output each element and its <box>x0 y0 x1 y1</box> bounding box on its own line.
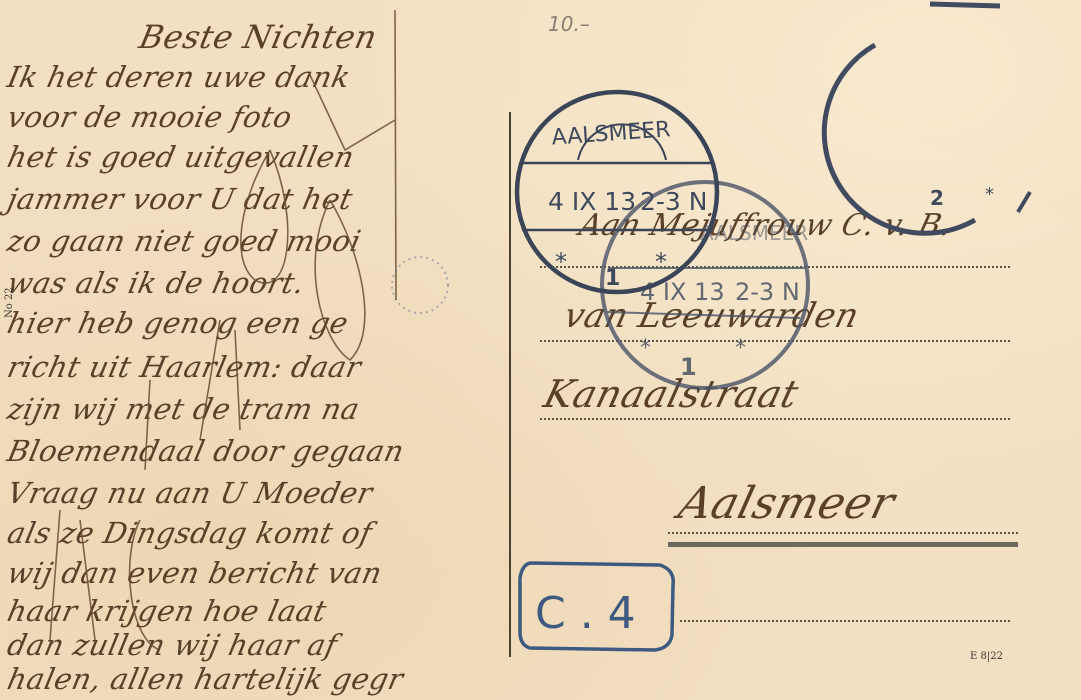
svg-text:4 IX 13: 4 IX 13 <box>640 278 725 306</box>
svg-text:1: 1 <box>605 266 620 291</box>
svg-text:*: * <box>640 336 651 361</box>
svg-text:4 IX 13: 4 IX 13 <box>548 187 636 216</box>
postmarks: 2 * AALSMEER 4 IX 13 2-3 N 1 * * AALSMEE… <box>0 0 1081 700</box>
svg-text:*: * <box>985 184 994 205</box>
svg-text:1: 1 <box>680 353 697 381</box>
svg-text:*: * <box>735 336 746 361</box>
postmark-partial: 2 * <box>824 4 1030 233</box>
svg-text:*: * <box>655 248 667 276</box>
svg-text:AALSMEER: AALSMEER <box>551 117 671 150</box>
postcard: 10.– Beste Nichten Ik het deren uwe dank… <box>0 0 1081 700</box>
svg-text:2-3 N: 2-3 N <box>735 278 800 306</box>
svg-text:AALSMEER: AALSMEER <box>700 221 808 245</box>
postmark-1: AALSMEER 4 IX 13 2-3 N * * 1 <box>517 92 717 292</box>
svg-text:*: * <box>555 248 567 276</box>
box-stamp: C . 4 <box>520 563 673 650</box>
svg-text:2-3 N: 2-3 N <box>640 187 707 216</box>
faint-postmark-smudge <box>392 257 448 313</box>
printer-code: E 8|22 <box>970 651 1003 662</box>
svg-text:2: 2 <box>930 186 944 210</box>
svg-text:C . 4: C . 4 <box>535 588 636 639</box>
